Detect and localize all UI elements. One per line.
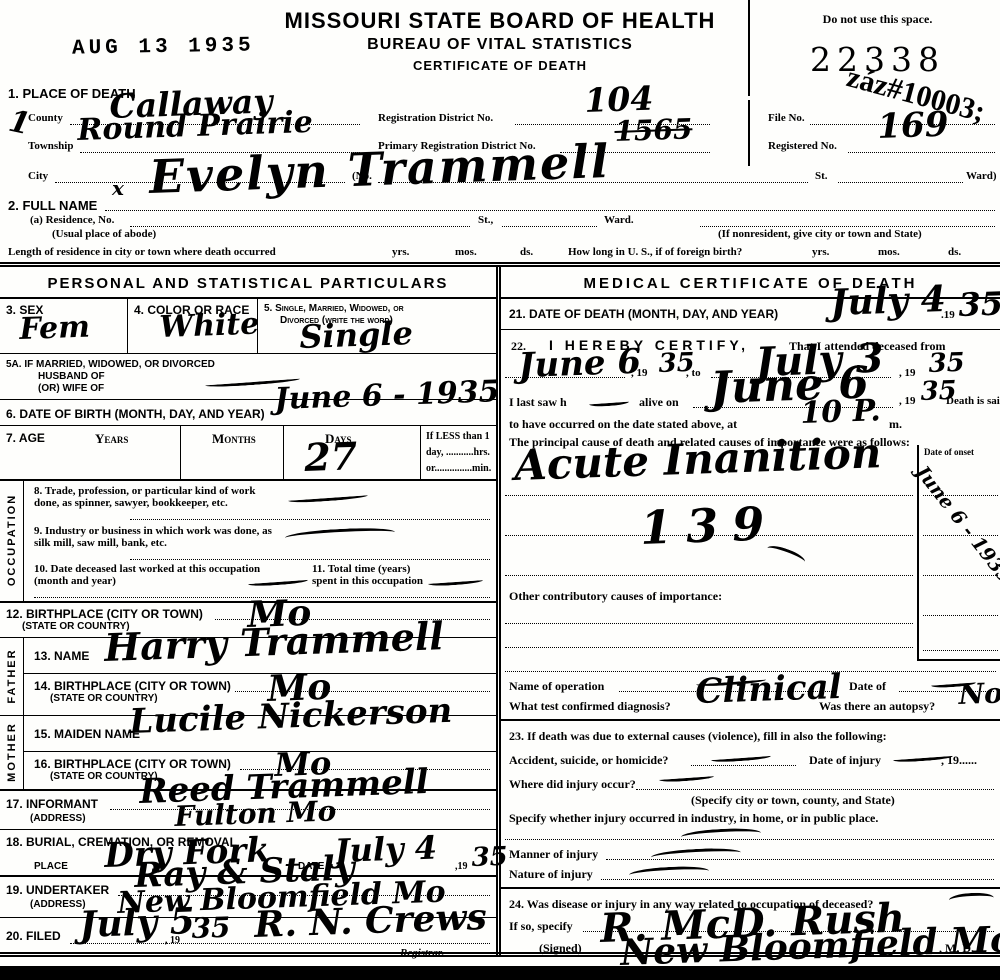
form-subtitle: BUREAU OF VITAL STATISTICS	[255, 36, 745, 54]
pen-dash	[589, 399, 629, 408]
dotted-leader	[505, 495, 913, 496]
dotted-leader	[130, 519, 490, 520]
item10-label: 10. Date deceased last worked at this oc…	[34, 563, 264, 587]
item22-year1-prefix: , 19	[631, 367, 648, 379]
dotted-leader	[923, 575, 998, 576]
do-not-use-label: Do not use this space.	[760, 12, 995, 27]
cell-divider	[283, 425, 284, 479]
dotted-leader	[505, 647, 913, 648]
item18-place-label: PLACE	[34, 861, 68, 872]
item19-address-label: (ADDRESS)	[30, 899, 86, 910]
item20-year-prefix: , 19	[165, 935, 180, 946]
item15-label: 15. MAIDEN NAME	[34, 727, 140, 741]
age-months-label: Months	[212, 431, 256, 447]
item13-label: 13. NAME	[34, 649, 89, 663]
dotted-leader	[130, 226, 470, 227]
township-label: Township	[28, 140, 73, 152]
pen-swoosh	[949, 892, 995, 906]
pen-swoosh	[651, 847, 742, 864]
rule	[0, 353, 496, 354]
onset-label: Date of onset	[924, 447, 974, 457]
item19-label: 19. UNDERTAKER	[6, 883, 109, 897]
form-subtitle2: CERTIFICATE OF DEATH	[255, 58, 745, 73]
foreign-mos: mos.	[878, 246, 900, 258]
full-name-mark: x	[112, 178, 124, 198]
file-no-label: File No.	[768, 112, 805, 124]
pen-dash	[659, 773, 714, 783]
last-saw-label2: alive on	[639, 395, 679, 410]
mother-vertical-label: MOTHER	[6, 722, 18, 782]
length-yrs: yrs.	[392, 246, 409, 258]
pen-swoosh	[681, 827, 762, 843]
foreign-label: How long in U. S., if of foreign birth?	[568, 246, 742, 258]
age-days-value: 27	[304, 437, 358, 477]
rule	[0, 425, 496, 426]
item22-to-label: , to	[686, 367, 701, 379]
item8-label: 8. Trade, profession, or particular kind…	[34, 485, 279, 509]
occupation-strip: OCCUPATION	[0, 479, 24, 601]
color-race-value: White	[159, 310, 260, 343]
abode-note: (Usual place of abode)	[52, 228, 156, 240]
cause-of-death-value: Acute Inanition	[514, 432, 882, 487]
contributory-label: Other contributory causes of importance:	[509, 589, 722, 604]
pen-swoosh	[765, 543, 807, 568]
occurred-label: to have occurred on the date stated abov…	[509, 417, 737, 432]
item17-address-value: Fulton Mo	[174, 797, 337, 831]
item21-value: July 4	[830, 281, 947, 321]
rule	[0, 479, 496, 481]
item21-year-value: 35	[958, 287, 1000, 321]
death-certificate-scan: { "header": { "stamp": "AUG 13 1935", "t…	[0, 0, 1000, 980]
received-date-stamp: AUG 13 1935	[72, 34, 255, 60]
header: AUG 13 1935 MISSOURI STATE BOARD OF HEAL…	[0, 0, 1000, 95]
form-title: MISSOURI STATE BOARD OF HEALTH	[255, 8, 745, 34]
item5a-husband: HUSBAND OF	[38, 371, 105, 382]
item14-label: 14. BIRTHPLACE (CITY OR TOWN)	[34, 679, 231, 693]
age-less-label3: or...............min.	[426, 463, 491, 474]
date-of-onset-box: Date of onset June 6 - 1935	[917, 445, 1000, 661]
item13-value: Harry Trammell	[104, 617, 445, 667]
dotted-leader	[923, 495, 998, 496]
death-said-label: Death is said	[946, 395, 1000, 407]
item20-year-value: 35	[191, 914, 231, 943]
foreign-yrs: yrs.	[812, 246, 829, 258]
item21-label: 21. DATE OF DEATH (MONTH, DAY, AND YEAR)	[509, 307, 778, 321]
city-ward-label: Ward)	[966, 170, 997, 182]
pen-dash	[711, 753, 771, 763]
dotted-leader	[636, 789, 994, 790]
operation-date-label: Date of	[849, 679, 886, 694]
dotted-leader	[923, 650, 998, 651]
dob-label: 6. DATE OF BIRTH (MONTH, DAY, AND YEAR)	[6, 407, 265, 421]
city-label: City	[28, 170, 48, 182]
injury-year-label: , 19......	[941, 753, 977, 768]
item5a-wife: (OR) WIFE OF	[38, 383, 104, 394]
rule	[501, 329, 1000, 330]
registered-no-label: Registered No.	[768, 140, 837, 152]
pen-swoosh	[285, 526, 395, 544]
pen-dash	[288, 492, 368, 504]
registration-district-label: Registration District No.	[378, 112, 493, 124]
dotted-leader	[838, 182, 963, 183]
rule	[24, 751, 496, 752]
item17-label: 17. INFORMANT	[6, 797, 98, 811]
item11-label: 11. Total time (years) spent in this occ…	[312, 563, 437, 587]
autopsy-label: Was there an autopsy?	[819, 699, 935, 714]
item15-value: Lucile Nickerson	[129, 694, 453, 739]
city-st-label: St.	[815, 170, 828, 182]
nature-label: Nature of injury	[509, 867, 593, 882]
nonresident-note: (If nonresident, give city or town and S…	[718, 228, 922, 240]
scan-edge-bar	[0, 966, 1000, 980]
rule	[501, 719, 1000, 721]
cell-divider	[420, 425, 421, 479]
occurred-m-label: m.	[889, 417, 902, 432]
age-less-label2: day, ...........hrs.	[426, 447, 490, 458]
item12-label: 12. BIRTHPLACE (CITY OR TOWN)	[6, 607, 203, 621]
item20-registrar-value: R. N. Crews	[254, 899, 488, 943]
manner-label: Manner of injury	[509, 847, 598, 862]
registered-no-value: 169	[877, 108, 949, 144]
ifso-label: If so, specify	[509, 919, 573, 934]
dotted-leader	[848, 152, 995, 153]
statistical-code-value: 139	[639, 500, 779, 551]
item22-from-value: June 6	[518, 345, 642, 383]
age-label: 7. AGE	[6, 431, 45, 445]
residence-label: (a) Residence, No.	[30, 214, 114, 226]
test-label: What test confirmed diagnosis?	[509, 699, 671, 714]
primary-registration-value: 1565	[614, 115, 693, 146]
dotted-leader	[923, 615, 998, 616]
residence-st-label: St.,	[478, 214, 493, 226]
item21-year-prefix: .19	[941, 309, 955, 321]
last-saw-label1: I last saw h	[509, 395, 567, 410]
where-label: Where did injury occur?	[509, 777, 636, 792]
dob-value: June 6 - 1935	[274, 377, 500, 415]
length-mos: mos.	[455, 246, 477, 258]
item18-year-prefix: ,19	[455, 861, 468, 872]
where-note: (Specify city or town, county, and State…	[691, 793, 895, 808]
dotted-leader	[130, 559, 490, 560]
township-value: Round Prairie	[77, 108, 313, 146]
rule	[24, 673, 496, 674]
item22-year2-value: 35	[928, 350, 965, 377]
cell-divider	[180, 425, 181, 479]
father-vertical-label: FATHER	[6, 648, 18, 703]
residence-ward-label: Ward.	[604, 214, 634, 226]
dotted-leader	[700, 226, 995, 227]
age-less-label1: If LESS than 1	[426, 431, 490, 442]
foreign-ds: ds.	[948, 246, 961, 258]
operation-label: Name of operation	[509, 679, 604, 694]
item22-year2-prefix: , 19	[899, 367, 916, 379]
registration-district-value: 104	[584, 82, 654, 117]
item9-label: 9. Industry or business in which work wa…	[34, 525, 279, 549]
specify-label: Specify whether injury occurred in indus…	[509, 811, 878, 826]
personal-column: PERSONAL AND STATISTICAL PARTICULARS 3. …	[0, 267, 496, 955]
rule	[501, 887, 1000, 889]
autopsy-value: No	[958, 679, 1000, 709]
mother-strip: MOTHER	[0, 715, 24, 789]
length-label: Length of residence in city or town wher…	[8, 246, 276, 258]
dotted-leader	[505, 575, 913, 576]
accident-label: Accident, suicide, or homicide?	[509, 753, 668, 768]
occupation-vertical-label: OCCUPATION	[6, 494, 18, 586]
medical-column: MEDICAL CERTIFICATE OF DEATH 21. DATE OF…	[501, 267, 1000, 955]
place-divider	[748, 100, 750, 166]
bottom-divider	[0, 952, 1000, 957]
onset-value: June 6 - 1935	[912, 463, 1000, 587]
occurred-time-value: 10 P.	[800, 396, 881, 429]
item17-address-label: (ADDRESS)	[30, 813, 86, 824]
residence-section: (a) Residence, No. St., Ward. (Usual pla…	[0, 210, 1000, 262]
sex-value: Fem	[19, 313, 91, 345]
county-label: County	[28, 112, 63, 124]
dotted-leader	[691, 765, 796, 766]
dotted-leader	[505, 623, 913, 624]
marital-label: 5. Single, Married, Widowed, or	[264, 303, 404, 314]
item20-label: 20. FILED	[6, 929, 61, 943]
dotted-leader	[70, 943, 490, 944]
dotted-leader	[923, 535, 998, 536]
rule	[0, 297, 496, 299]
item5a-label: 5A. IF MARRIED, WIDOWED, OR DIVORCED	[6, 359, 215, 370]
age-years-label: Years	[95, 431, 128, 447]
last-saw-year-prefix: , 19	[899, 395, 916, 407]
item23-label: 23. If death was due to external causes …	[509, 729, 887, 744]
cell-divider	[127, 297, 128, 353]
father-strip: FATHER	[0, 637, 24, 715]
personal-section-title: PERSONAL AND STATISTICAL PARTICULARS	[0, 275, 496, 292]
injury-date-label: Date of injury	[809, 753, 881, 768]
dotted-leader	[502, 226, 597, 227]
length-ds: ds.	[520, 246, 533, 258]
marital-value: Single	[299, 317, 413, 353]
full-name-value: Evelyn Trammell	[148, 138, 611, 200]
